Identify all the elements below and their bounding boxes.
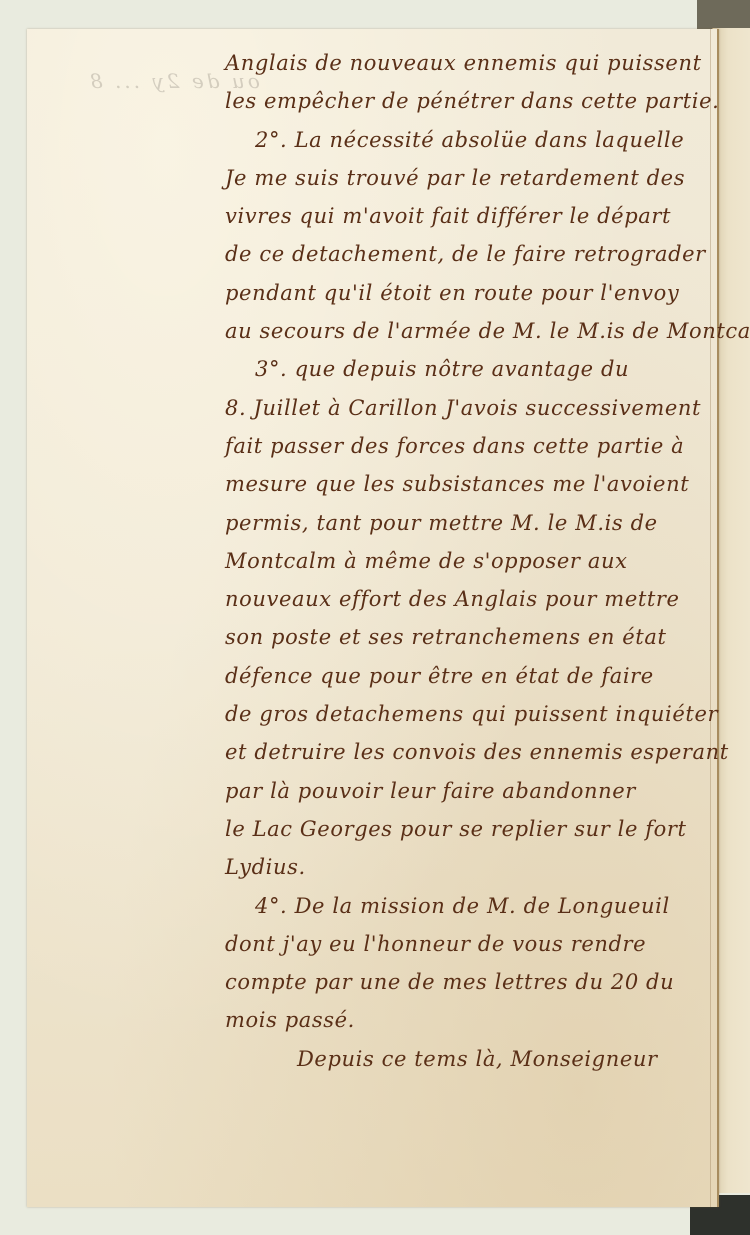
- text-line: Montcalm à même de s'opposer aux: [225, 542, 735, 580]
- text-line: défence que pour être en état de faire: [225, 657, 735, 695]
- text-line: fait passer des forces dans cette partie…: [225, 427, 735, 465]
- text-line: dont j'ay eu l'honneur de vous rendre: [225, 925, 735, 963]
- text-line: vivres qui m'avoit fait différer le dépa…: [225, 197, 735, 235]
- text-line: au secours de l'armée de M. le M.is de M…: [225, 312, 735, 350]
- text-line: par là pouvoir leur faire abandonner: [225, 772, 735, 810]
- text-line: Je me suis trouvé par le retardement des: [225, 159, 735, 197]
- text-line-item-3: 3°. que depuis nôtre avantage du: [225, 350, 735, 388]
- text-line: permis, tant pour mettre M. le M.is de: [225, 504, 735, 542]
- text-line: Anglais de nouveaux ennemis qui puissent: [225, 44, 735, 82]
- text-line: 8. Juillet à Carillon J'avois successive…: [225, 389, 735, 427]
- text-line: compte par une de mes lettres du 20 du: [225, 963, 735, 1001]
- text-line: les empêcher de pénétrer dans cette part…: [225, 82, 735, 120]
- text-line: le Lac Georges pour se replier sur le fo…: [225, 810, 735, 848]
- text-line: et detruire les convois des ennemis espe…: [225, 733, 735, 771]
- text-line: pendant qu'il étoit en route pour l'envo…: [225, 274, 735, 312]
- text-line: mois passé.: [225, 1001, 735, 1039]
- text-line: de gros detachemens qui puissent inquiét…: [225, 695, 735, 733]
- text-line: nouveaux effort des Anglais pour mettre: [225, 580, 735, 618]
- binding-top-edge: [697, 0, 750, 30]
- text-line-item-2: 2°. La nécessité absolüe dans laquelle: [225, 121, 735, 159]
- text-line-closing: Depuis ce tems là, Monseigneur: [225, 1040, 735, 1078]
- manuscript-text: Anglais de nouveaux ennemis qui puissent…: [225, 44, 735, 1078]
- text-line: de ce detachement, de le faire retrograd…: [225, 235, 735, 273]
- text-line: son poste et ses retranchemens en état: [225, 618, 735, 656]
- text-line: mesure que les subsistances me l'avoient: [225, 465, 735, 503]
- text-line: Lydius.: [225, 848, 735, 886]
- text-line-item-4: 4°. De la mission de M. de Longueuil: [225, 887, 735, 925]
